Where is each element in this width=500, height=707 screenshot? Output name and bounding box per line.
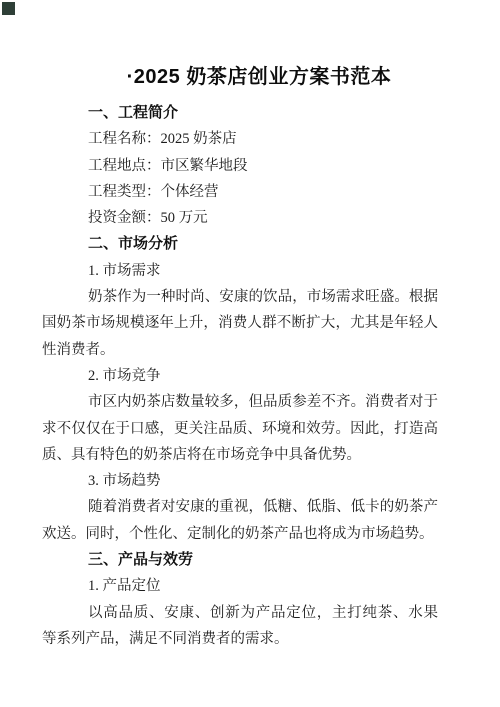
document-title: ·2025 奶茶店创业方案书范本: [0, 64, 500, 91]
sub-heading: 3. 市场趋势: [42, 468, 438, 494]
watermark-square: [2, 2, 15, 15]
paragraph-line: 性消费者。: [42, 337, 438, 363]
sub-heading: 1. 市场需求: [42, 258, 438, 284]
sub-heading: 1. 产品定位: [42, 573, 438, 599]
paragraph-line: 等系列产品，满足不同消费者的需求。: [42, 626, 438, 652]
sub-heading: 2. 市场竞争: [42, 363, 438, 389]
document-body: 一、工程简介工程名称：2025 奶茶店工程地点：市区繁华地段工程类型：个体经营投…: [42, 100, 438, 652]
paragraph-line: 以高品质、安康、创新为产品定位，主打纯茶、水果茶、鲜奶茶: [42, 600, 438, 626]
paragraph-line: 欢送。同时，个性化、定制化的奶茶产品也将成为市场趋势。: [42, 521, 438, 547]
section-heading: 二、市场分析: [42, 231, 438, 257]
paragraph-line: 奶茶作为一种时尚、安康的饮品，市场需求旺盛。根据调查，我: [42, 284, 438, 310]
document-page: ·2025 奶茶店创业方案书范本 一、工程简介工程名称：2025 奶茶店工程地点…: [0, 0, 500, 707]
paragraph-line: 随着消费者对安康的重视，低糖、低脂、低卡的奶茶产品将更受: [42, 494, 438, 520]
info-line: 工程地点：市区繁华地段: [42, 153, 438, 179]
paragraph-line: 求不仅仅在于口感，更关注品质、环境和效劳。因此，打造高品: [42, 416, 438, 442]
section-heading: 三、产品与效劳: [42, 547, 438, 573]
section-heading: 一、工程简介: [42, 100, 438, 126]
info-line: 工程类型：个体经营: [42, 179, 438, 205]
paragraph-line: 国奶茶市场规模逐年上升，消费人群不断扩大，尤其是年轻人和女: [42, 310, 438, 336]
info-line: 投资金额：50 万元: [42, 205, 438, 231]
paragraph-line: 质、具有特色的奶茶店将在市场竞争中具备优势。: [42, 442, 438, 468]
info-line: 工程名称：2025 奶茶店: [42, 126, 438, 152]
paragraph-line: 市区内奶茶店数量较多，但品质参差不齐。消费者对于奶茶的需: [42, 389, 438, 415]
